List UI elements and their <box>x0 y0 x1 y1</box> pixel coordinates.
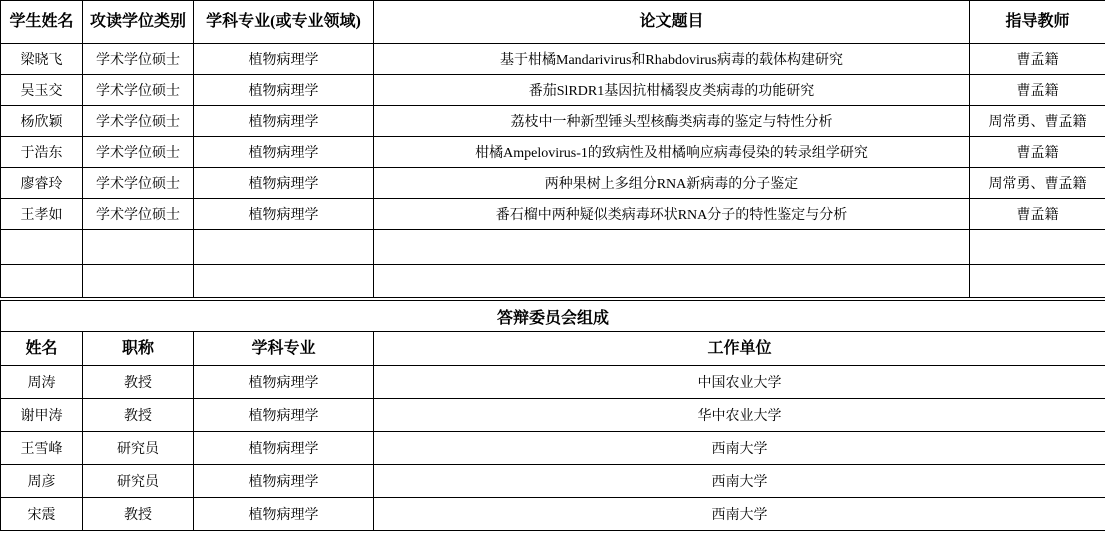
member-title-cell: 教授 <box>83 498 194 531</box>
student-name-cell: 吴玉交 <box>1 75 83 106</box>
degree-type-cell: 学术学位硕士 <box>83 168 194 199</box>
major-cell: 植物病理学 <box>194 199 374 230</box>
committee-table: 答辩委员会组成 姓名 职称 学科专业 工作单位 周涛 教授 植物病理学 中国农业… <box>0 300 1105 531</box>
student-name-cell: 梁晓飞 <box>1 44 83 75</box>
thesis-table-row: 梁晓飞 学术学位硕士 植物病理学 基于柑橘Mandarivirus和Rhabdo… <box>1 44 1105 75</box>
member-major-cell: 植物病理学 <box>194 498 374 531</box>
student-name-cell: 于浩东 <box>1 137 83 168</box>
thesis-table-row: 廖睿玲 学术学位硕士 植物病理学 两种果树上多组分RNA新病毒的分子鉴定 周常勇… <box>1 168 1105 199</box>
member-unit-cell: 西南大学 <box>374 465 1105 498</box>
thesis-title-cell: 两种果树上多组分RNA新病毒的分子鉴定 <box>374 168 970 199</box>
thesis-title-cell: 基于柑橘Mandarivirus和Rhabdovirus病毒的载体构建研究 <box>374 44 970 75</box>
member-name-cell: 宋震 <box>1 498 83 531</box>
empty-cell <box>83 265 194 298</box>
major-cell: 植物病理学 <box>194 106 374 137</box>
empty-cell <box>374 230 970 265</box>
committee-row: 周彦 研究员 植物病理学 西南大学 <box>1 465 1105 498</box>
thesis-title-cell: 番茄SlRDR1基因抗柑橘裂皮类病毒的功能研究 <box>374 75 970 106</box>
header-member-title: 职称 <box>83 332 194 366</box>
student-name-cell: 廖睿玲 <box>1 168 83 199</box>
advisor-cell: 周常勇、曹孟籍 <box>970 106 1105 137</box>
advisor-cell: 曹孟籍 <box>970 137 1105 168</box>
student-name-cell: 王孝如 <box>1 199 83 230</box>
committee-row: 王雪峰 研究员 植物病理学 西南大学 <box>1 432 1105 465</box>
major-cell: 植物病理学 <box>194 168 374 199</box>
empty-row <box>1 230 1105 265</box>
member-unit-cell: 西南大学 <box>374 498 1105 531</box>
member-major-cell: 植物病理学 <box>194 465 374 498</box>
thesis-title-cell: 荔枝中一种新型锤头型核酶类病毒的鉴定与特性分析 <box>374 106 970 137</box>
major-cell: 植物病理学 <box>194 137 374 168</box>
thesis-table-row: 于浩东 学术学位硕士 植物病理学 柑橘Ampelovirus-1的致病性及柑橘响… <box>1 137 1105 168</box>
member-name-cell: 周彦 <box>1 465 83 498</box>
member-name-cell: 谢甲涛 <box>1 399 83 432</box>
section-title-row: 答辩委员会组成 <box>1 301 1105 332</box>
empty-cell <box>1 230 83 265</box>
member-name-cell: 王雪峰 <box>1 432 83 465</box>
empty-cell <box>194 265 374 298</box>
header-degree-type: 攻读学位类别 <box>83 1 194 44</box>
empty-cell <box>970 230 1105 265</box>
committee-row: 周涛 教授 植物病理学 中国农业大学 <box>1 366 1105 399</box>
committee-row: 宋震 教授 植物病理学 西南大学 <box>1 498 1105 531</box>
empty-cell <box>970 265 1105 298</box>
member-major-cell: 植物病理学 <box>194 399 374 432</box>
committee-section-title: 答辩委员会组成 <box>1 301 1105 332</box>
member-major-cell: 植物病理学 <box>194 366 374 399</box>
advisor-cell: 曹孟籍 <box>970 75 1105 106</box>
degree-type-cell: 学术学位硕士 <box>83 106 194 137</box>
empty-cell <box>83 230 194 265</box>
member-unit-cell: 西南大学 <box>374 432 1105 465</box>
empty-cell <box>1 265 83 298</box>
header-advisor: 指导教师 <box>970 1 1105 44</box>
member-major-cell: 植物病理学 <box>194 432 374 465</box>
member-name-cell: 周涛 <box>1 366 83 399</box>
degree-type-cell: 学术学位硕士 <box>83 44 194 75</box>
header-member-major: 学科专业 <box>194 332 374 366</box>
degree-type-cell: 学术学位硕士 <box>83 199 194 230</box>
member-title-cell: 教授 <box>83 399 194 432</box>
degree-type-cell: 学术学位硕士 <box>83 137 194 168</box>
thesis-title-cell: 番石榴中两种疑似类病毒环状RNA分子的特性鉴定与分析 <box>374 199 970 230</box>
empty-cell <box>374 265 970 298</box>
empty-cell <box>194 230 374 265</box>
advisor-cell: 周常勇、曹孟籍 <box>970 168 1105 199</box>
header-thesis-title: 论文题目 <box>374 1 970 44</box>
thesis-table-row: 吴玉交 学术学位硕士 植物病理学 番茄SlRDR1基因抗柑橘裂皮类病毒的功能研究… <box>1 75 1105 106</box>
thesis-table: 学生姓名 攻读学位类别 学科专业(或专业领域) 论文题目 指导教师 梁晓飞 学术… <box>0 0 1105 298</box>
advisor-cell: 曹孟籍 <box>970 44 1105 75</box>
header-member-name: 姓名 <box>1 332 83 366</box>
header-member-unit: 工作单位 <box>374 332 1105 366</box>
major-cell: 植物病理学 <box>194 75 374 106</box>
header-major: 学科专业(或专业领域) <box>194 1 374 44</box>
thesis-defense-document: 学生姓名 攻读学位类别 学科专业(或专业领域) 论文题目 指导教师 梁晓飞 学术… <box>0 0 1105 536</box>
member-title-cell: 教授 <box>83 366 194 399</box>
thesis-table-row: 王孝如 学术学位硕士 植物病理学 番石榴中两种疑似类病毒环状RNA分子的特性鉴定… <box>1 199 1105 230</box>
committee-header-row: 姓名 职称 学科专业 工作单位 <box>1 332 1105 366</box>
member-unit-cell: 中国农业大学 <box>374 366 1105 399</box>
degree-type-cell: 学术学位硕士 <box>83 75 194 106</box>
member-title-cell: 研究员 <box>83 432 194 465</box>
header-student-name: 学生姓名 <box>1 1 83 44</box>
thesis-title-cell: 柑橘Ampelovirus-1的致病性及柑橘响应病毒侵染的转录组学研究 <box>374 137 970 168</box>
empty-row <box>1 265 1105 298</box>
thesis-table-header-row: 学生姓名 攻读学位类别 学科专业(或专业领域) 论文题目 指导教师 <box>1 1 1105 44</box>
member-unit-cell: 华中农业大学 <box>374 399 1105 432</box>
student-name-cell: 杨欣颖 <box>1 106 83 137</box>
advisor-cell: 曹孟籍 <box>970 199 1105 230</box>
committee-row: 谢甲涛 教授 植物病理学 华中农业大学 <box>1 399 1105 432</box>
member-title-cell: 研究员 <box>83 465 194 498</box>
header-major-label: 学科专业(或专业领域) <box>206 12 362 32</box>
major-cell: 植物病理学 <box>194 44 374 75</box>
thesis-table-row: 杨欣颖 学术学位硕士 植物病理学 荔枝中一种新型锤头型核酶类病毒的鉴定与特性分析… <box>1 106 1105 137</box>
